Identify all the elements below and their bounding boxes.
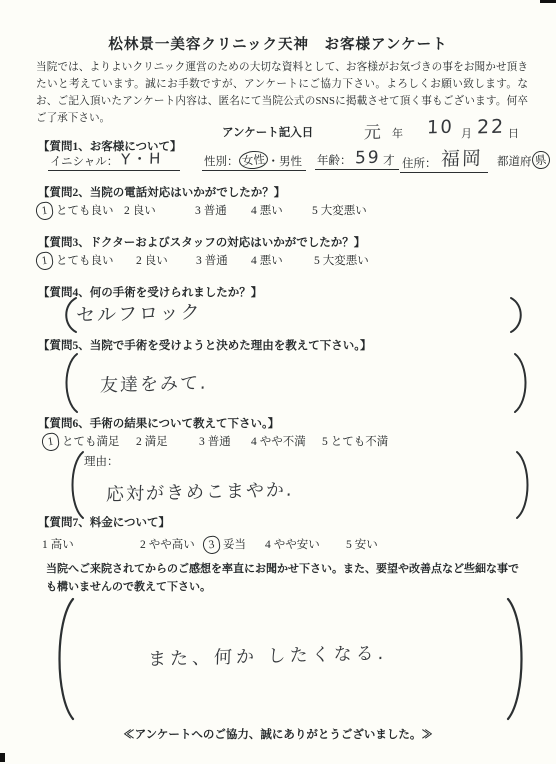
q7-option-3-circle: 3 [202,535,221,555]
free-comment-bracket-right [505,597,531,721]
free-comment-handwritten: また、何か したくなる. [148,639,388,671]
q5-answer-handwritten: 友達をみて. [100,369,208,398]
survey-date-month-handwritten: 10 [427,117,454,139]
q6-reason-label: 理由： [84,453,119,469]
intro-paragraph: 当院では、よりよいクリニック運営のための大切な資料として、お客様がお気づきの事を… [36,59,528,127]
free-comment-bracket-left [50,597,76,721]
q1-initial-label: イニシャル： [50,153,118,169]
q1-age-label: 年齢： [317,152,352,168]
q2-option-4: 4悪い [251,202,283,218]
q4-bracket-right [508,295,530,335]
q2-option-3: 3普通 [195,202,227,218]
q6-heading: 【質問6、手術の結果について教えて下さい。】 [38,415,279,431]
q7-options-row: 1高い 2やや高い 3妥当 4やや安い 5安い [0,536,556,556]
q6-option-1-circle: 1 [41,432,60,452]
q3-option-1-circle: 1 [35,251,54,271]
q1-gender-label: 性別： [204,153,239,169]
q6-option-1: 1とても満足 [46,433,120,451]
q3-heading: 【質問3、ドクターおよびスタッフの対応はいかがでしたか？】 [38,234,365,250]
q3-options-row: 1とても良い 2良い 3普通 4悪い 5大変悪い [0,252,556,272]
q1-initial-handwritten: Y・H [121,147,163,169]
q2-option-1-circle: 1 [35,201,54,221]
survey-date-month-unit: 月 [461,125,472,141]
q1-gender-male: 男性 [279,153,302,169]
q1-address-handwritten: 福岡 [440,143,483,171]
scan-artifact-bottom-left [0,753,5,762]
q1-initial-field: イニシャル： Y・H [48,148,180,171]
q3-option-2: 2良い [136,252,168,268]
q1-age-handwritten: 59 [354,148,380,169]
q2-option-5: 5大変悪い [312,202,367,218]
q1-pref-suffix-plain: 都道府 [497,153,532,169]
q1-age-field: 年齢： 59 才 [315,148,399,170]
q1-pref-suffix: 都道府 県 [495,151,553,170]
q4-answer-handwritten: セルフロック [76,297,202,327]
q2-options-row: 1とても良い 2良い 3普通 4悪い 5大変悪い [0,202,556,222]
q1-gender-female-circled: 女性 [238,150,268,170]
q5-heading: 【質問5、当院で手術を受けようと決めた理由を教えて下さい。】 [38,337,372,353]
q6-option-3: 3普通 [199,433,231,449]
q7-heading: 【質問7、料金について】 [38,514,170,530]
survey-date-label: アンケート記入日 [222,124,313,140]
q1-address-label: 住所： [402,155,437,171]
q6-bracket-left [64,450,86,520]
q2-heading: 【質問2、当院の電話対応はいかがでしたか？】 [38,184,285,200]
q7-option-1: 1高い [42,536,74,552]
q3-option-3: 3普通 [196,252,228,268]
q3-option-5: 5大変悪い [314,252,369,268]
q7-option-2: 2やや高い [140,536,195,552]
q1-fields-row: イニシャル： Y・H 性別： 女性 ・ 男性 年齢： 59 才 住所： 福岡 都… [0,148,556,174]
q6-option-4: 4やや不満 [251,433,306,449]
q7-option-3: 3妥当 [207,536,246,554]
q1-gender-field: 性別： 女性 ・ 男性 [202,151,306,171]
survey-date-era-handwritten: 元 [364,118,384,144]
survey-date-day-handwritten: 22 [477,116,506,139]
q1-pref-suffix-circled: 県 [531,150,550,169]
q7-option-4: 4やや安い [265,536,320,552]
survey-date-era-unit: 年 [392,125,403,141]
footer-thanks: ≪アンケートへのご協力、誠にありがとうございました。≫ [0,726,556,742]
q6-option-2: 2満足 [136,433,168,449]
q2-option-2: 2良い [124,202,156,218]
q7-option-5: 5安い [346,536,378,552]
q1-age-unit: 才 [383,152,395,168]
page-title: 松林景一美容クリニック天神 お客様アンケート [0,33,556,54]
q5-bracket-right [512,352,534,414]
q3-option-4: 4悪い [251,252,283,268]
free-comment-prompt: 当院へご来院されてからのご感想を率直にお聞かせ下さい。また、要望や改善点など些細… [46,560,524,596]
q2-option-1: 1とても良い [40,202,114,220]
q6-reason-handwritten: 応対がきめこまやか. [106,476,294,507]
survey-date-day-unit: 日 [508,125,519,141]
scan-artifact-top-right [540,0,556,3]
q5-bracket-left [58,352,80,414]
scanned-survey-document: 松林景一美容クリニック天神 お客様アンケート 当院では、よりよいクリニック運営の… [0,0,556,764]
q1-address-field: 住所： 福岡 [400,144,488,173]
q6-option-5: 5とても不満 [322,433,388,449]
q6-bracket-right [514,450,536,520]
q3-option-1: 1とても良い [40,252,114,270]
q1-gender-separator: ・ [268,153,280,169]
